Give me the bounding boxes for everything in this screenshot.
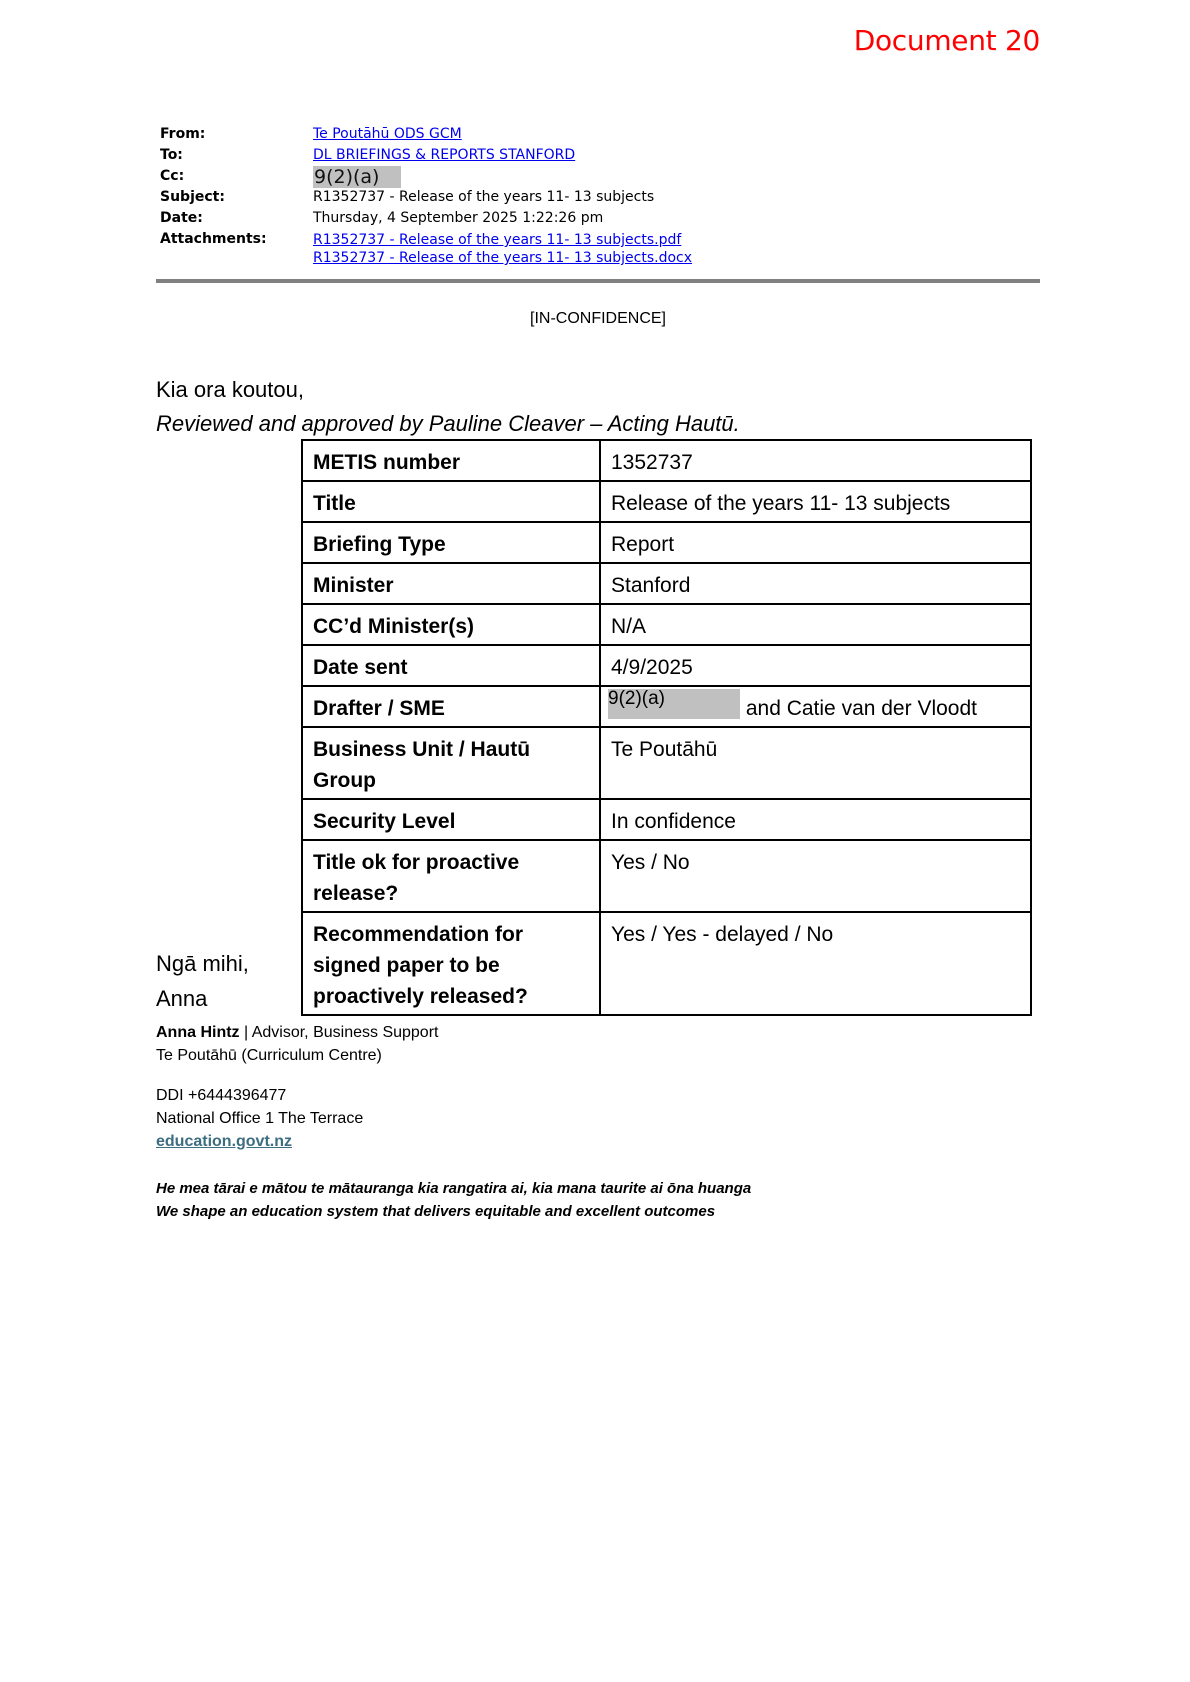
row-key: Title ok for proactive release?	[302, 840, 600, 912]
table-row: Drafter / SME 9(2)(a) and Catie van der …	[302, 686, 1031, 727]
row-key: Security Level	[302, 799, 600, 840]
signature-full-name: Anna Hintz	[156, 1024, 240, 1041]
row-key: Recommendation for signed paper to be pr…	[302, 912, 600, 1015]
attachments-label: Attachments:	[160, 229, 313, 267]
subject-value: R1352737 - Release of the years 11- 13 s…	[313, 187, 654, 208]
row-value: 1352737	[600, 440, 1031, 481]
row-value: Te Poutāhū	[600, 727, 1031, 799]
row-key: Business Unit / Hautū Group	[302, 727, 600, 799]
table-row: Briefing Type Report	[302, 522, 1031, 563]
attachment-pdf-link[interactable]: R1352737 - Release of the years 11- 13 s…	[313, 232, 681, 248]
from-row: From: Te Poutāhū ODS GCM	[160, 124, 692, 145]
drafter-names: and Catie van der Vloodt	[740, 697, 977, 720]
signature-role: | Advisor, Business Support	[240, 1024, 439, 1041]
row-key: Briefing Type	[302, 522, 600, 563]
cc-redaction: 9(2)(a)	[313, 166, 401, 188]
signature-phone: DDI +6444396477	[156, 1087, 286, 1105]
tagline-maori: He mea tārai e mātou te mātauranga kia r…	[156, 1180, 751, 1197]
subject-label: Subject:	[160, 187, 313, 208]
row-value: N/A	[600, 604, 1031, 645]
signoff: Ngā mihi,	[156, 951, 249, 977]
signature-unit: Te Poutāhū (Curriculum Centre)	[156, 1047, 382, 1065]
table-row: METIS number 1352737	[302, 440, 1031, 481]
from-link[interactable]: Te Poutāhū ODS GCM	[313, 124, 462, 145]
table-row: Security Level In confidence	[302, 799, 1031, 840]
row-key: CC’d Minister(s)	[302, 604, 600, 645]
table-row: CC’d Minister(s) N/A	[302, 604, 1031, 645]
approval-note: Reviewed and approved by Pauline Cleaver…	[156, 411, 740, 437]
signature-address: National Office 1 The Terrace	[156, 1110, 363, 1128]
signature-first-name: Anna	[156, 986, 207, 1012]
from-label: From:	[160, 124, 313, 145]
row-key: Minister	[302, 563, 600, 604]
to-link[interactable]: DL BRIEFINGS & REPORTS STANFORD	[313, 145, 575, 166]
row-value: 4/9/2025	[600, 645, 1031, 686]
table-row: Title Release of the years 11- 13 subjec…	[302, 481, 1031, 522]
website-link[interactable]: education.govt.nz	[156, 1133, 292, 1151]
document-number-label: Document 20	[854, 24, 1040, 57]
cc-label: Cc:	[160, 166, 313, 187]
row-key: Title	[302, 481, 600, 522]
row-value: Yes / No	[600, 840, 1031, 912]
cc-row: Cc: 9(2)(a)	[160, 166, 692, 187]
table-row: Title ok for proactive release? Yes / No	[302, 840, 1031, 912]
table-row: Business Unit / Hautū Group Te Poutāhū	[302, 727, 1031, 799]
table-row: Recommendation for signed paper to be pr…	[302, 912, 1031, 1015]
greeting: Kia ora koutou,	[156, 377, 304, 403]
table-row: Minister Stanford	[302, 563, 1031, 604]
date-value: Thursday, 4 September 2025 1:22:26 pm	[313, 208, 603, 229]
row-value: Report	[600, 522, 1031, 563]
table-row: Date sent 4/9/2025	[302, 645, 1031, 686]
briefing-table: METIS number 1352737 Title Release of th…	[301, 439, 1032, 1016]
row-value: Stanford	[600, 563, 1031, 604]
date-row: Date: Thursday, 4 September 2025 1:22:26…	[160, 208, 692, 229]
signature-name-line: Anna Hintz | Advisor, Business Support	[156, 1024, 438, 1042]
email-header: From: Te Poutāhū ODS GCM To: DL BRIEFING…	[160, 124, 692, 267]
date-label: Date:	[160, 208, 313, 229]
row-key: Date sent	[302, 645, 600, 686]
row-value: In confidence	[600, 799, 1031, 840]
header-separator	[156, 279, 1040, 283]
tagline-english: We shape an education system that delive…	[156, 1203, 715, 1220]
row-value: Yes / Yes - delayed / No	[600, 912, 1031, 1015]
to-label: To:	[160, 145, 313, 166]
row-value: 9(2)(a) and Catie van der Vloodt	[600, 686, 1031, 727]
attachment-docx-link[interactable]: R1352737 - Release of the years 11- 13 s…	[313, 250, 692, 266]
row-key: Drafter / SME	[302, 686, 600, 727]
subject-row: Subject: R1352737 - Release of the years…	[160, 187, 692, 208]
row-value: Release of the years 11- 13 subjects	[600, 481, 1031, 522]
classification-label: [IN-CONFIDENCE]	[0, 310, 1190, 328]
attachments-row: Attachments: R1352737 - Release of the y…	[160, 229, 692, 267]
to-row: To: DL BRIEFINGS & REPORTS STANFORD	[160, 145, 692, 166]
drafter-redaction: 9(2)(a)	[608, 689, 740, 719]
row-key: METIS number	[302, 440, 600, 481]
